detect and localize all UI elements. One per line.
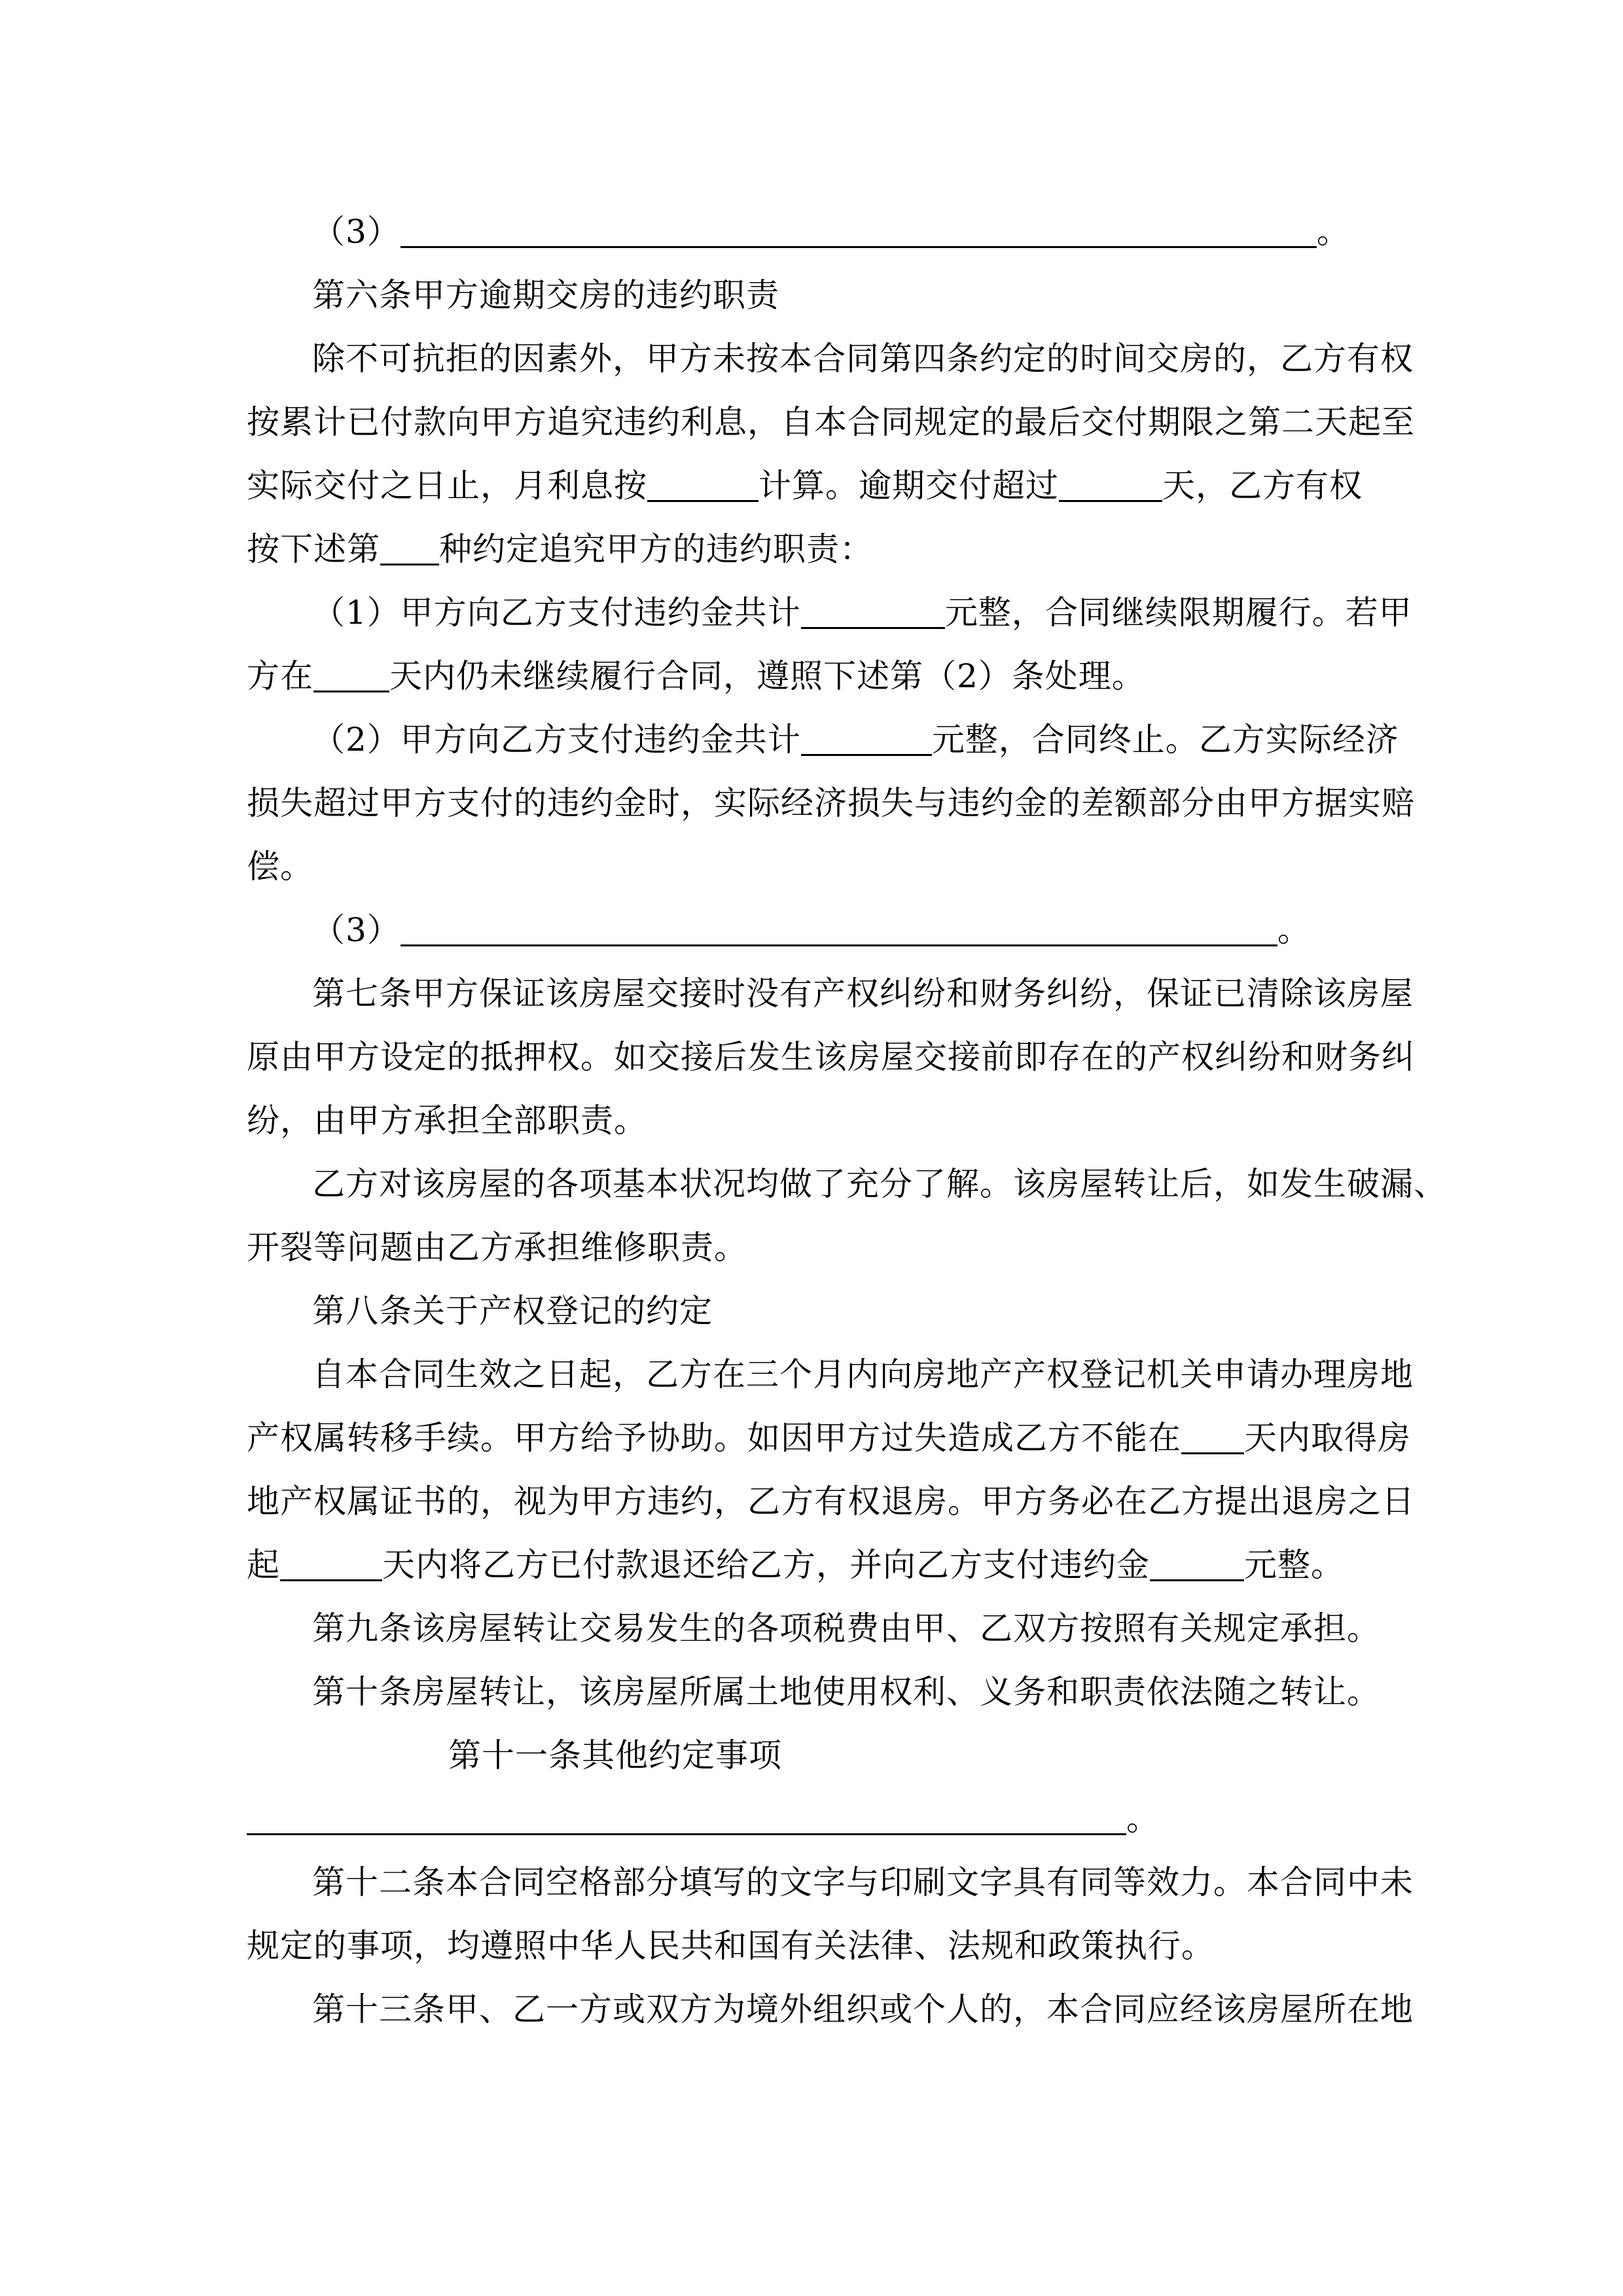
text-run: 原由甲方设定的抵押权。如交接后发生该房屋交接前即存在的产权纠纷和财务纠 <box>247 1038 1415 1076</box>
document-line: 偿。 <box>247 835 1397 899</box>
text-run: 。 <box>1277 911 1311 949</box>
text-run: 计算。逾期交付超过 <box>758 467 1059 505</box>
document-line: 第十条房屋转让，该房屋所属土地使用权利、义务和职责依法随之转让。 <box>247 1660 1397 1724</box>
document-line: 。 <box>247 1787 1397 1851</box>
document-line: （3）。 <box>247 200 1397 264</box>
fill-in-blank <box>313 658 389 692</box>
text-run: 自本合同生效之日起，乙方在三个月内向房地产产权登记机关申请办理房地 <box>312 1355 1414 1393</box>
document-line: 第六条甲方逾期交房的违约职责 <box>247 264 1397 327</box>
document-line: 损失超过甲方支付的违约金时，实际经济损失与违约金的差额部分由甲方据实赔 <box>247 772 1397 835</box>
fill-in-blank <box>401 912 1277 946</box>
text-run: 天内取得房 <box>1244 1419 1411 1457</box>
document-line: 除不可抗拒的因素外，甲方未按本合同第四条约定的时间交房的，乙方有权 <box>247 327 1397 391</box>
document-line: 第十三条甲、乙一方或双方为境外组织或个人的，本合同应经该房屋所在地 <box>247 1978 1397 2041</box>
document-line: （1）甲方向乙方支付违约金共计元整，合同继续限期履行。若甲 <box>247 581 1397 645</box>
document-line: 地产权属证书的，视为甲方违约，乙方有权退房。甲方务必在乙方提出退房之日 <box>247 1470 1397 1534</box>
document-line: 自本合同生效之日起，乙方在三个月内向房地产产权登记机关申请办理房地 <box>247 1343 1397 1407</box>
text-run: 第十二条本合同空格部分填写的文字与印刷文字具有同等效力。本合同中未 <box>312 1863 1414 1901</box>
text-run: 元整，合同终止。乙方实际经济 <box>932 721 1399 759</box>
text-run: 元整，合同继续限期履行。若甲 <box>945 594 1412 632</box>
text-run: 按下述第 <box>247 530 380 568</box>
text-run: 第七条甲方保证该房屋交接时没有产权纠纷和财务纠纷，保证已清除该房屋 <box>312 975 1414 1013</box>
text-run: 天内将乙方已付款退还给乙方，并向乙方支付违约金 <box>382 1546 1150 1584</box>
text-run: （3） <box>312 213 401 251</box>
text-run: 纷，由甲方承担全部职责。 <box>247 1102 647 1139</box>
document-line: 纷，由甲方承担全部职责。 <box>247 1089 1397 1153</box>
text-run: 第十一条其他约定事项 <box>448 1736 782 1774</box>
fill-in-blank <box>647 467 758 502</box>
document-line: 起天内将乙方已付款退还给乙方，并向乙方支付违约金元整。 <box>247 1534 1397 1597</box>
text-run: 第八条关于产权登记的约定 <box>312 1292 713 1330</box>
fill-in-blank <box>401 213 1317 248</box>
document-line: （3）。 <box>247 899 1397 962</box>
fill-in-blank <box>1059 467 1162 502</box>
text-run: 实际交付之日止，月利息按 <box>247 467 647 505</box>
text-run: 损失超过甲方支付的违约金时，实际经济损失与违约金的差额部分由甲方据实赔 <box>247 784 1415 822</box>
text-run: 乙方对该房屋的各项基本状况均做了充分了解。该房屋转让后，如发生破漏、 <box>312 1165 1447 1203</box>
fill-in-blank <box>380 531 439 565</box>
fill-in-blank <box>1181 1420 1244 1454</box>
document-line: （2）甲方向乙方支付违约金共计元整，合同终止。乙方实际经济 <box>247 708 1397 772</box>
text-run: （1）甲方向乙方支付违约金共计 <box>312 594 801 632</box>
text-run: 除不可抗拒的因素外，甲方未按本合同第四条约定的时间交房的，乙方有权 <box>312 340 1414 378</box>
text-run: 第九条该房屋转让交易发生的各项税费由甲、乙双方按照有关规定承担。 <box>312 1609 1380 1647</box>
text-run: 。 <box>1317 213 1350 251</box>
text-run: 天内仍未继续履行合同，遵照下述第（2）条处理。 <box>389 657 1145 695</box>
contract-document-page: （3）。第六条甲方逾期交房的违约职责除不可抗拒的因素外，甲方未按本合同第四条约定… <box>247 200 1397 2041</box>
text-run: 规定的事项，均遵照中华人民共和国有关法律、法规和政策执行。 <box>247 1927 1215 1965</box>
text-run: 天，乙方有权 <box>1162 467 1363 505</box>
fill-in-blank <box>801 594 945 629</box>
document-line: 按下述第种约定追究甲方的违约职责： <box>247 518 1397 581</box>
text-run: 方在 <box>247 657 313 695</box>
text-run: 第十条房屋转让，该房屋所属土地使用权利、义务和职责依法随之转让。 <box>312 1673 1380 1711</box>
text-run: 开裂等问题由乙方承担维修职责。 <box>247 1229 747 1266</box>
text-run: 地产权属证书的，视为甲方违约，乙方有权退房。甲方务必在乙方提出退房之日 <box>247 1482 1415 1520</box>
fill-in-blank <box>280 1547 382 1581</box>
text-run: 偿。 <box>247 848 313 886</box>
text-run: 产权属转移手续。甲方给予协助。如因甲方过失造成乙方不能在 <box>247 1419 1181 1457</box>
document-line: 规定的事项，均遵照中华人民共和国有关法律、法规和政策执行。 <box>247 1914 1397 1978</box>
fill-in-blank <box>1150 1547 1244 1581</box>
text-run: （2）甲方向乙方支付违约金共计 <box>312 721 801 759</box>
document-line: 第八条关于产权登记的约定 <box>247 1280 1397 1343</box>
text-run: 元整。 <box>1244 1546 1344 1584</box>
text-run: 起 <box>247 1546 280 1584</box>
text-run: 第六条甲方逾期交房的违约职责 <box>312 276 779 314</box>
document-line: 开裂等问题由乙方承担维修职责。 <box>247 1216 1397 1280</box>
document-line: 第九条该房屋转让交易发生的各项税费由甲、乙双方按照有关规定承担。 <box>247 1597 1397 1660</box>
text-run: 按累计已付款向甲方追究违约利息，自本合同规定的最后交付期限之第二天起至 <box>247 403 1415 441</box>
document-line: 方在天内仍未继续履行合同，遵照下述第（2）条处理。 <box>247 645 1397 708</box>
text-run: 。 <box>1126 1800 1160 1838</box>
clause-heading-line: 第十一条其他约定事项 <box>247 1724 1397 1787</box>
text-run: 第十三条甲、乙一方或双方为境外组织或个人的，本合同应经该房屋所在地 <box>312 1990 1414 2028</box>
text-run: （3） <box>312 911 401 949</box>
document-line: 按累计已付款向甲方追究违约利息，自本合同规定的最后交付期限之第二天起至 <box>247 391 1397 454</box>
text-run: 种约定追究甲方的违约职责： <box>439 530 873 568</box>
fill-in-blank <box>801 721 932 756</box>
document-line: 实际交付之日止，月利息按计算。逾期交付超过天，乙方有权 <box>247 454 1397 518</box>
document-line: 乙方对该房屋的各项基本状况均做了充分了解。该房屋转让后，如发生破漏、 <box>247 1153 1397 1216</box>
fill-in-blank <box>247 1801 1126 1835</box>
document-line: 原由甲方设定的抵押权。如交接后发生该房屋交接前即存在的产权纠纷和财务纠 <box>247 1026 1397 1089</box>
document-line: 产权属转移手续。甲方给予协助。如因甲方过失造成乙方不能在天内取得房 <box>247 1407 1397 1470</box>
document-line: 第七条甲方保证该房屋交接时没有产权纠纷和财务纠纷，保证已清除该房屋 <box>247 962 1397 1026</box>
document-line: 第十二条本合同空格部分填写的文字与印刷文字具有同等效力。本合同中未 <box>247 1851 1397 1914</box>
